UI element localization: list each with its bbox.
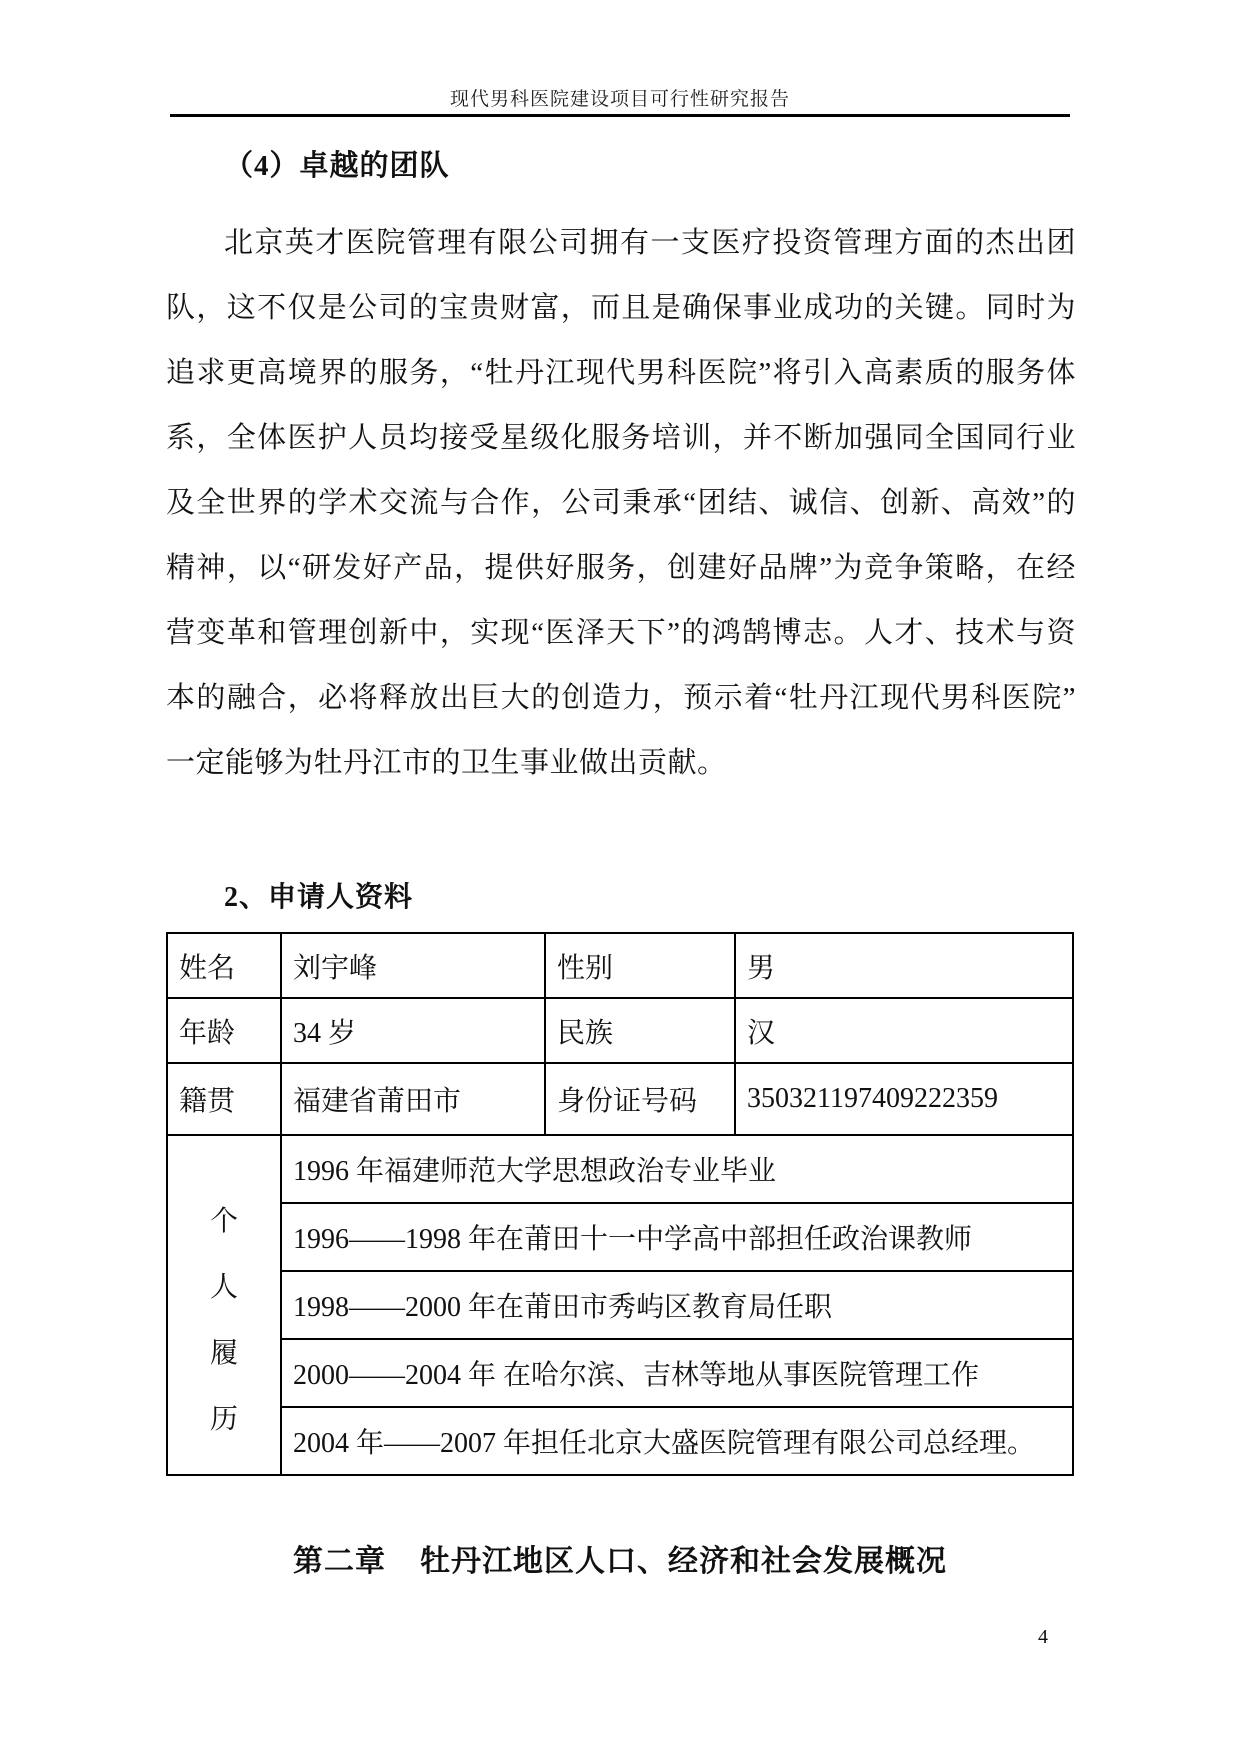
cell-personal-history-label: 个 人 履 历 [167, 1135, 281, 1475]
table-row-history-4: 2000——2004 年 在哈尔滨、吉林等地从事医院管理工作 [167, 1339, 1073, 1407]
cell-history-entry-4: 2000——2004 年 在哈尔滨、吉林等地从事医院管理工作 [281, 1339, 1073, 1407]
table-row-history-5: 2004 年——2007 年担任北京大盛医院管理有限公司总经理。 [167, 1407, 1073, 1475]
header-rule [170, 114, 1070, 117]
body-paragraph: 北京英才医院管理有限公司拥有一支医疗投资管理方面的杰出团队，这不仅是公司的宝贵财… [166, 211, 1076, 796]
table-row-origin-id: 籍贯 福建省莆田市 身份证号码 350321197409222359 [167, 1063, 1073, 1135]
history-label-char: 人 [210, 1274, 238, 1302]
table-row-history-2: 1996——1998 年在莆田十一中学高中部担任政治课教师 [167, 1203, 1073, 1271]
cell-history-entry-5: 2004 年——2007 年担任北京大盛医院管理有限公司总经理。 [281, 1407, 1073, 1475]
document-page: 现代男科医院建设项目可行性研究报告 （4）卓越的团队 北京英才医院管理有限公司拥… [0, 0, 1241, 1754]
history-label-char: 履 [210, 1340, 238, 1368]
chapter-heading: 第二章牡丹江地区人口、经济和社会发展概况 [166, 1536, 1074, 1580]
table-row-age-ethnicity: 年龄 34 岁 民族 汉 [167, 998, 1073, 1063]
chapter-number: 第二章 [293, 1545, 386, 1578]
cell-idnumber-label: 身份证号码 [545, 1063, 735, 1135]
history-label-char: 历 [210, 1406, 238, 1434]
cell-ethnicity-label: 民族 [545, 998, 735, 1063]
applicant-info-table: 姓名 刘宇峰 性别 男 年龄 34 岁 民族 汉 籍贯 福建省莆田市 身份证号码… [166, 932, 1074, 1476]
table-row-name-gender: 姓名 刘宇峰 性别 男 [167, 933, 1073, 998]
cell-name-value: 刘宇峰 [281, 933, 545, 998]
cell-gender-label: 性别 [545, 933, 735, 998]
cell-history-entry-1: 1996 年福建师范大学思想政治专业毕业 [281, 1135, 1073, 1203]
cell-name-label: 姓名 [167, 933, 281, 998]
section-heading-excellent-team: （4）卓越的团队 [224, 143, 450, 184]
personal-history-label-stack: 个 人 履 历 [168, 1136, 280, 1474]
running-header-title: 现代男科医院建设项目可行性研究报告 [166, 84, 1074, 111]
page-number: 4 [1038, 1626, 1048, 1649]
cell-age-value: 34 岁 [281, 998, 545, 1063]
cell-gender-value: 男 [735, 933, 1073, 998]
chapter-title: 牡丹江地区人口、经济和社会发展概况 [420, 1545, 947, 1578]
cell-history-entry-3: 1998——2000 年在莆田市秀屿区教育局任职 [281, 1271, 1073, 1339]
history-label-char: 个 [210, 1208, 238, 1236]
cell-origin-value: 福建省莆田市 [281, 1063, 545, 1135]
section-heading-applicant-info: 2、申请人资料 [224, 875, 413, 915]
cell-age-label: 年龄 [167, 998, 281, 1063]
cell-origin-label: 籍贯 [167, 1063, 281, 1135]
table-row-history-3: 1998——2000 年在莆田市秀屿区教育局任职 [167, 1271, 1073, 1339]
cell-history-entry-2: 1996——1998 年在莆田十一中学高中部担任政治课教师 [281, 1203, 1073, 1271]
table-row-history-1: 个 人 履 历 1996 年福建师范大学思想政治专业毕业 [167, 1135, 1073, 1203]
cell-ethnicity-value: 汉 [735, 998, 1073, 1063]
cell-idnumber-value: 350321197409222359 [735, 1063, 1073, 1135]
